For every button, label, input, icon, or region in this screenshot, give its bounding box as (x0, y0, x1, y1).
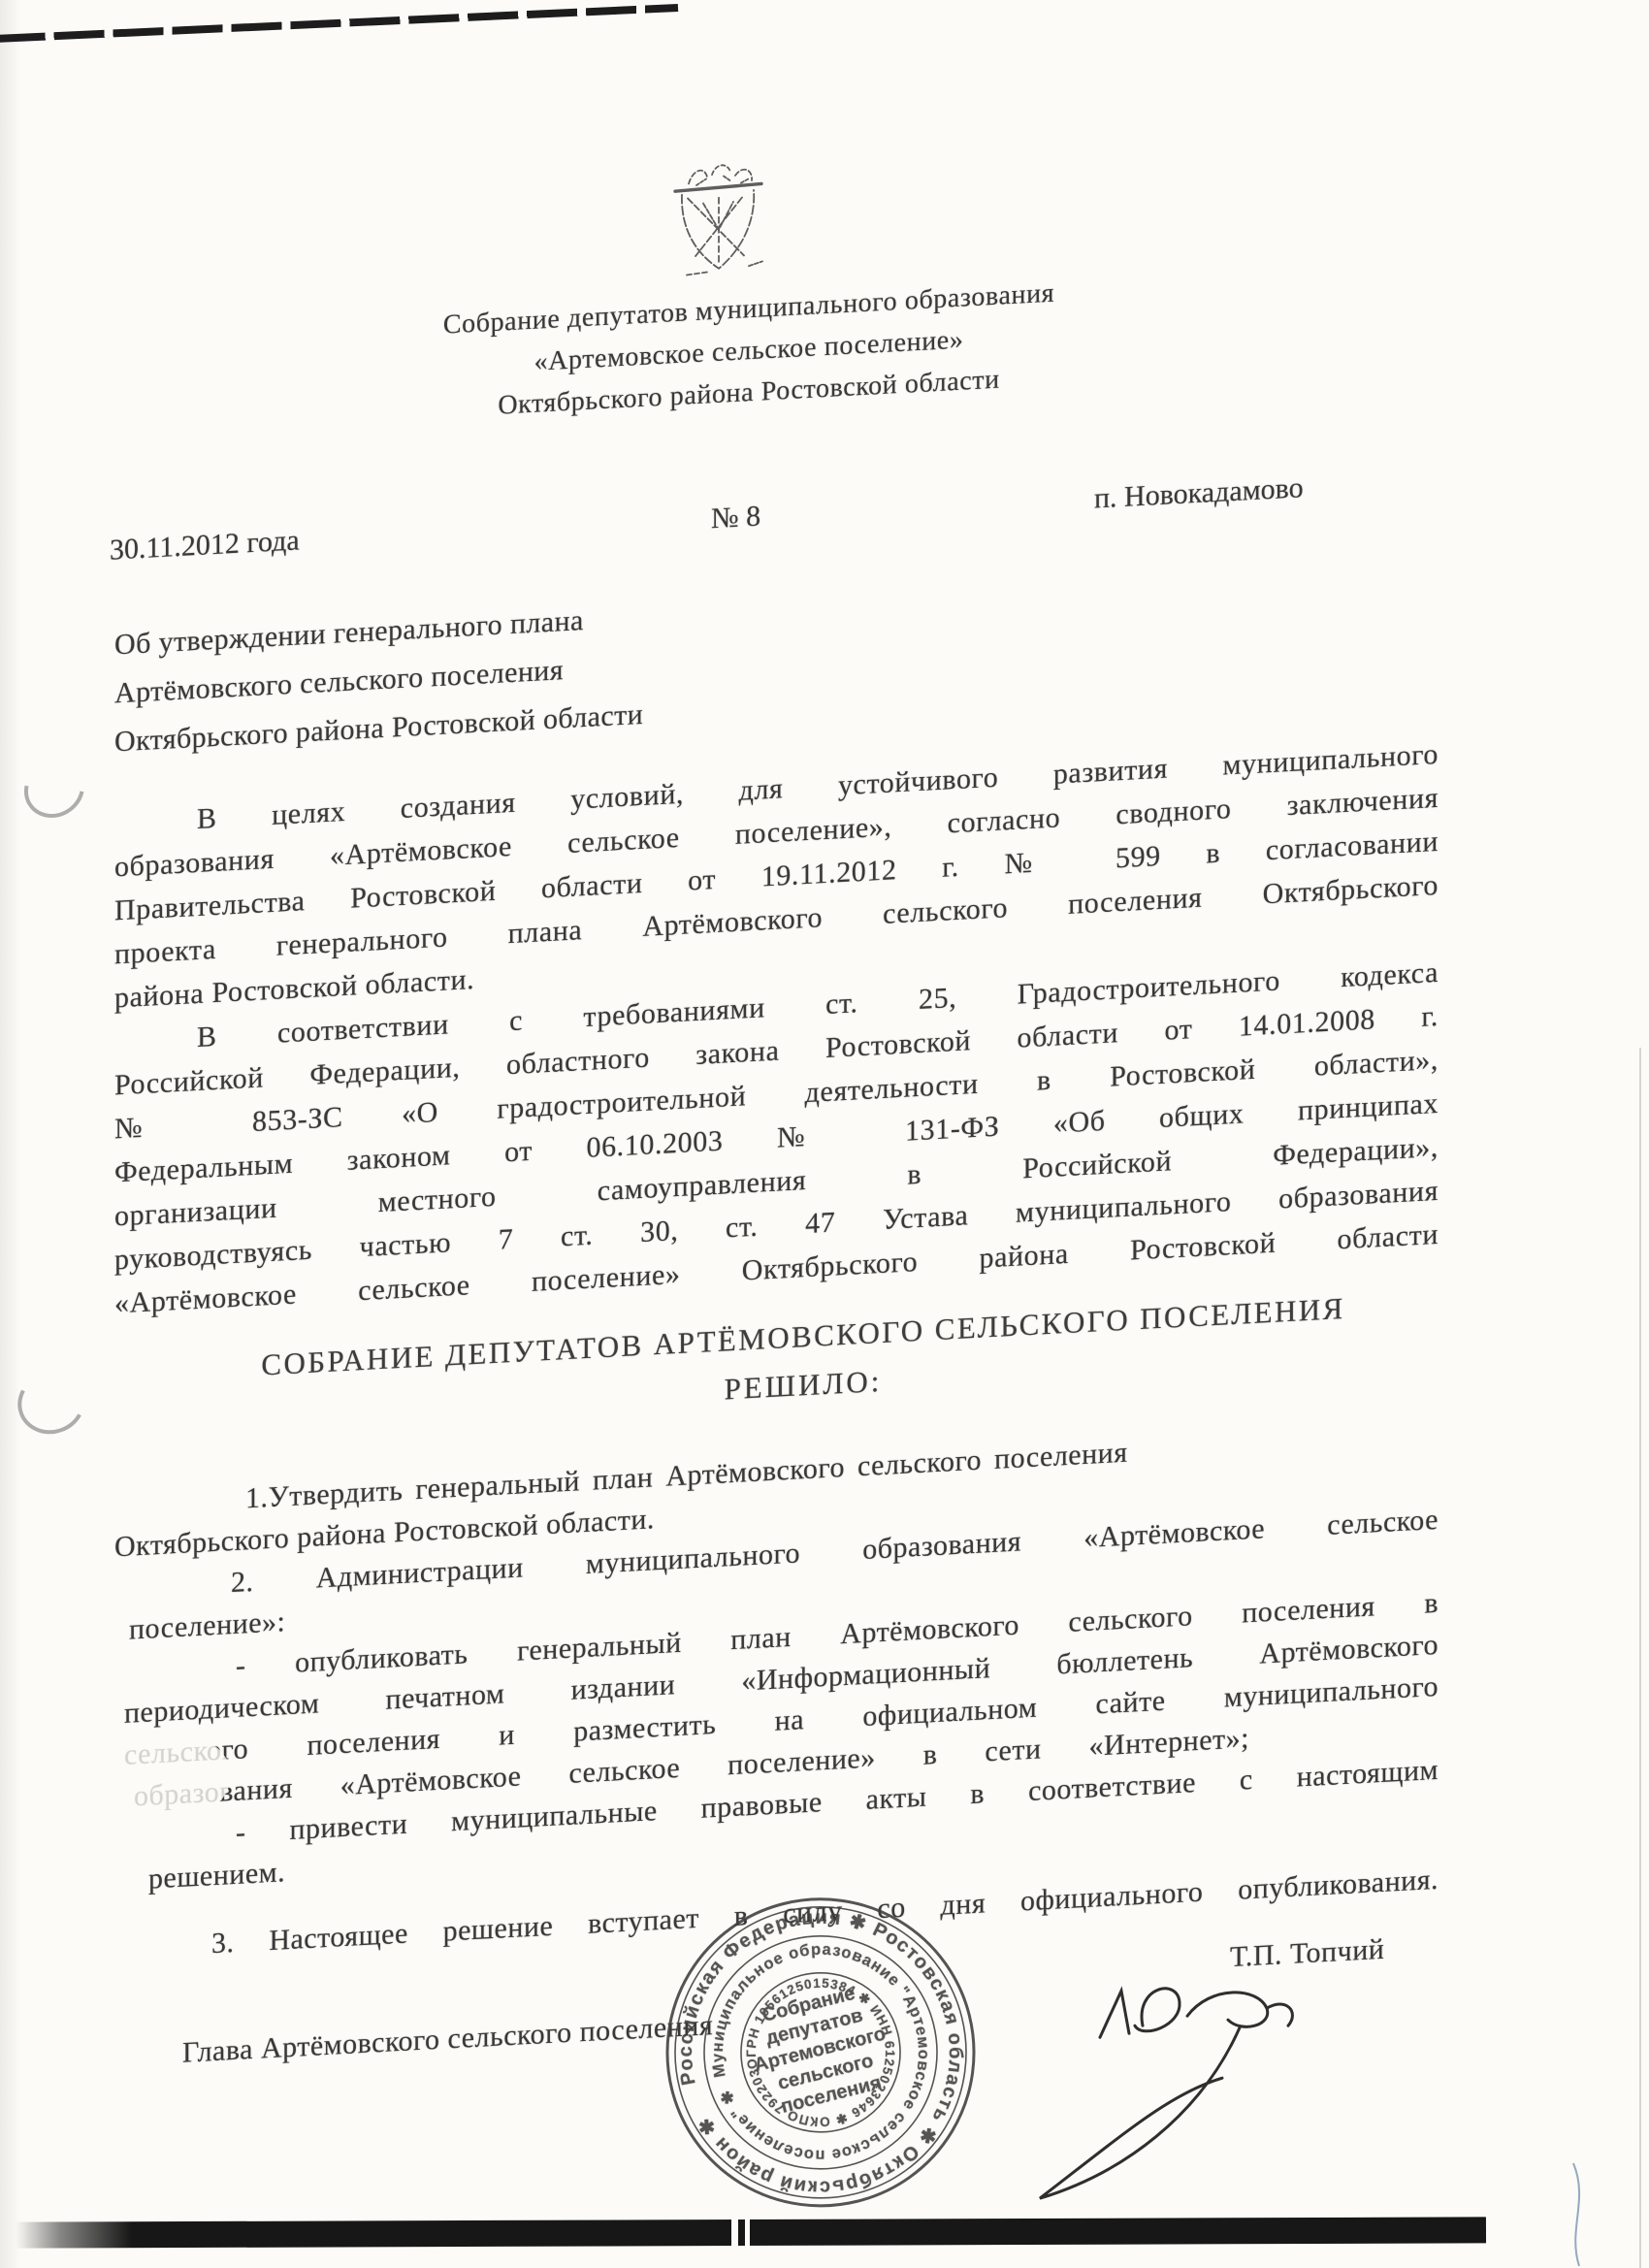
paper-curl-mark (1560, 2161, 1599, 2268)
scanned-document-page: Собрание депутатов муниципального образо… (0, 0, 1649, 2268)
doc-place: п. Новокадамово (1094, 471, 1304, 515)
doc-title: Об утверждении генерального плана Артёмо… (114, 594, 643, 767)
document-content: Собрание депутатов муниципального образо… (85, 0, 1521, 2268)
doc-meta-row: 30.11.2012 года № 8 п. Новокадамово (85, 460, 1521, 578)
doc-number: № 8 (711, 501, 760, 536)
scan-artifact-slit (731, 2218, 738, 2248)
signature-post: Глава Артёмовского сельского поселения (182, 2009, 713, 2070)
punch-hole-bottom (10, 1363, 93, 1442)
resolution-items: 1.Утвердить генеральный план Артёмовског… (114, 1415, 1439, 1970)
page-edge-line (1639, 1048, 1641, 2268)
signature-scrawl-icon (1007, 1969, 1327, 2221)
doc-date: 30.11.2012 года (110, 524, 300, 567)
official-stamp: Российская Федерация ✱ Ростовская област… (663, 1895, 979, 2211)
scan-artifact-slit (745, 2218, 750, 2248)
punch-hole-top (13, 748, 96, 829)
coat-of-arms-icon (667, 156, 772, 286)
scan-artifact-bottom-bar (16, 2217, 1486, 2248)
signature-name: Т.П. Топчий (1230, 1933, 1384, 1974)
